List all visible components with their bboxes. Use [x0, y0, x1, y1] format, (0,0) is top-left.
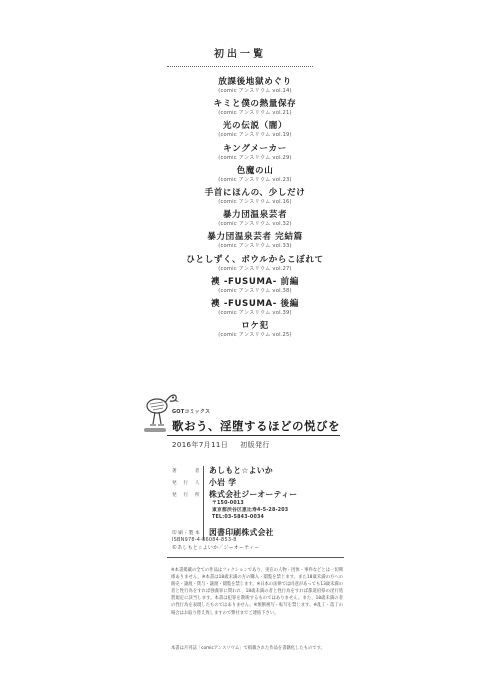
story-source: (comic アンスリウム vol.27)	[30, 266, 480, 273]
book-title: 歌おう、淫堕するほどの悦びを	[172, 418, 340, 434]
colophon-page: 初出一覧 放課後地獄めぐり(comic アンスリウム vol.14) キミと僕の…	[0, 0, 480, 685]
story-title: 襖 -FUSUMA- 前編	[30, 276, 480, 288]
toc-item: 光の伝説（闇）(comic アンスリウム vol.19)	[0, 120, 480, 142]
decorative-dash	[144, 428, 166, 432]
story-source: (comic アンスリウム vol.39)	[30, 310, 480, 317]
story-title: キミと僕の熱量保存	[30, 98, 480, 110]
story-source: (comic アンスリウム vol.33)	[30, 243, 480, 250]
street-address: 東京都渋谷区恵比寿4-5-28-203	[212, 507, 297, 514]
isbn: ISBN978-4-86084-853-8	[172, 536, 259, 544]
credit-publisher-person: 発行人 小岩 学	[172, 478, 342, 490]
credit-author: 著者 あしもと☆よいか	[172, 466, 342, 478]
story-title: 暴力団温泉芸者	[30, 209, 480, 221]
isbn-block: ISBN978-4-86084-853-8 ©あしもと☆よいか／ジーオーティー	[172, 536, 259, 552]
credit-value: 小岩 学	[209, 478, 236, 488]
story-source: (comic アンスリウム vol.23)	[30, 177, 480, 184]
toc-item: 襖 -FUSUMA- 後編(comic アンスリウム vol.39)	[0, 298, 480, 320]
toc-item: キミと僕の熱量保存(comic アンスリウム vol.21)	[0, 98, 480, 120]
story-title: 暴力団温泉芸者 完結篇	[30, 231, 480, 243]
toc-item: ひとしずく、ボウルからこぼれて(comic アンスリウム vol.27)	[0, 254, 480, 276]
credit-value: 株式会社ジーオーティー	[209, 490, 297, 500]
toc-item: ロケ犯(comic アンスリウム vol.25)	[0, 320, 480, 342]
serialization-note: 本書は月刊誌「comicアンスリウム」で掲載された作品を書籍化したものです。	[171, 645, 351, 651]
toc-list: 放課後地獄めぐり(comic アンスリウム vol.14) キミと僕の熱量保存(…	[0, 76, 480, 342]
credit-value: あしもと☆よいか	[209, 466, 273, 476]
toc-item: 色魔の山(comic アンスリウム vol.23)	[0, 165, 480, 187]
story-source: (comic アンスリウム vol.16)	[30, 199, 480, 206]
story-source: (comic アンスリウム vol.19)	[30, 132, 480, 139]
toc-heading: 初出一覧	[0, 45, 480, 60]
story-title: 放課後地獄めぐり	[30, 76, 480, 88]
toc-item: 手首にほんの、少しだけ(comic アンスリウム vol.16)	[0, 187, 480, 209]
date: 2016年7月11日	[172, 441, 228, 449]
publication-date: 2016年7月11日初版発行	[172, 440, 270, 450]
story-title: キングメーカー	[30, 143, 480, 155]
edition: 初版発行	[240, 441, 270, 449]
story-source: (comic アンスリウム vol.38)	[30, 288, 480, 295]
story-title: ひとしずく、ボウルからこぼれて	[30, 254, 480, 266]
toc-item: 襖 -FUSUMA- 前編(comic アンスリウム vol.38)	[0, 276, 480, 298]
disclaimer: ※本書掲載の全ての作品はフィクションであり、実在の人物・団体・事件などとは一切関…	[171, 567, 343, 617]
section-rule	[167, 557, 344, 558]
dotted-divider	[167, 66, 313, 67]
story-source: (comic アンスリウム vol.29)	[30, 155, 480, 162]
postal-code: 〒150-0013	[212, 500, 297, 507]
imprint-label: GOTコミックス	[172, 408, 210, 415]
toc-item: 放課後地獄めぐり(comic アンスリウム vol.14)	[0, 76, 480, 98]
story-title: 手首にほんの、少しだけ	[30, 187, 480, 199]
story-source: (comic アンスリウム vol.14)	[30, 88, 480, 95]
toc-item: 暴力団温泉芸者 完結篇(comic アンスリウム vol.33)	[0, 231, 480, 253]
story-source: (comic アンスリウム vol.32)	[30, 221, 480, 228]
credit-publisher: 発行所 株式会社ジーオーティー 〒150-0013 東京都渋谷区恵比寿4-5-2…	[172, 490, 342, 528]
story-title: ロケ犯	[30, 320, 480, 332]
copyright: ©あしもと☆よいか／ジーオーティー	[172, 544, 259, 552]
credits: 著者 あしもと☆よいか 発行人 小岩 学 発行所 株式会社ジーオーティー 〒15…	[172, 466, 342, 540]
story-source: (comic アンスリウム vol.25)	[30, 332, 480, 339]
credit-key: 著者	[172, 466, 204, 478]
credit-key: 発行所	[172, 490, 204, 528]
toc-item: 暴力団温泉芸者(comic アンスリウム vol.32)	[0, 209, 480, 231]
story-title: 襖 -FUSUMA- 後編	[30, 298, 480, 310]
story-title: 光の伝説（闇）	[30, 120, 480, 132]
credit-key: 発行人	[172, 478, 204, 490]
telephone: TEL:03-5843-0034	[212, 514, 297, 521]
title-rule	[167, 435, 340, 436]
story-title: 色魔の山	[30, 165, 480, 177]
story-source: (comic アンスリウム vol.21)	[30, 110, 480, 117]
toc-item: キングメーカー(comic アンスリウム vol.29)	[0, 143, 480, 165]
